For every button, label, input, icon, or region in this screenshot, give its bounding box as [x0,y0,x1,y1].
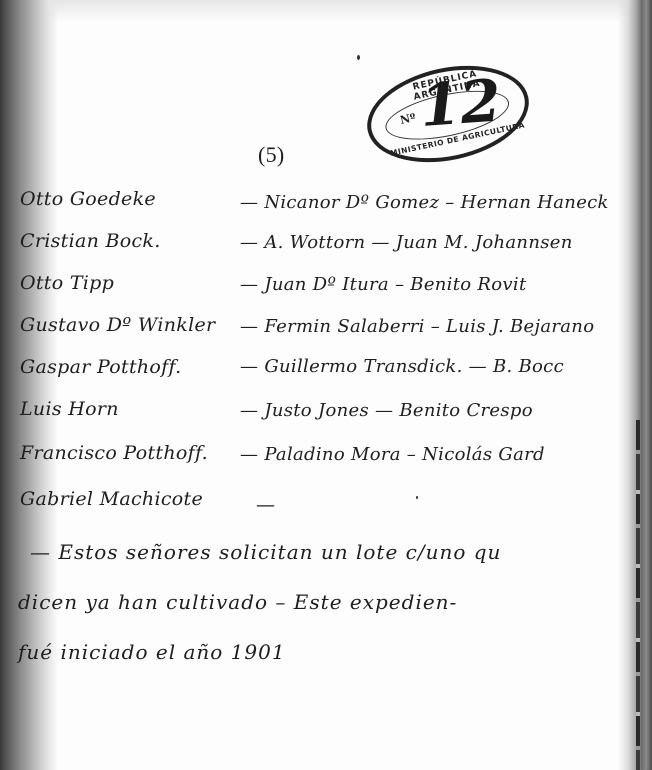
entry-name: Gustavo Dº Winkler [20,314,215,336]
ink-speck [416,496,418,499]
entry-name: Gaspar Potthoff. [20,356,182,378]
entry-name: Otto Goedeke [20,188,156,210]
entry-name: Cristian Bock. [20,230,161,252]
entry-name: Francisco Potthoff. [20,442,208,464]
stamp-number: 12 [418,70,503,135]
entry-name: Gabriel Machicote [20,488,203,510]
entry-witnesses: — Juan Dº Itura – Benito Rovit [240,274,526,295]
entry-witnesses: — Paladino Mora – Nicolás Gard [240,444,545,465]
entry-witnesses: — Fermin Salaberri – Luis J. Bejarano [240,316,594,337]
ink-speck [357,55,360,60]
entry-witnesses: — A. Wottorn — Juan M. Johannsen [240,232,573,253]
entry-name: Luis Horn [20,398,119,420]
entry-name: Otto Tipp [20,272,114,294]
page-number: (5) [258,142,285,168]
page-top-shading [0,0,652,22]
paragraph-line: — Estos señores solicitan un lote c/uno … [30,540,501,564]
entry-witnesses: — Nicanor Dº Gomez – Hernan Haneck [240,192,609,213]
entry-witnesses: — [256,494,275,516]
entry-witnesses: — Justo Jones — Benito Crespo [240,400,533,421]
ministry-stamp: REPÚBLICA ARGENTINA Nº 12 MINISTERIO DE … [358,52,538,176]
worn-right-edge [618,0,652,770]
entry-witnesses: — Guillermo Transdick. — B. Bocc [240,356,564,377]
document-page: REPÚBLICA ARGENTINA Nº 12 MINISTERIO DE … [0,0,652,770]
paragraph-line: fué iniciado el año 1901 [18,640,286,664]
paragraph-line: dicen ya han cultivado – Este expedien- [18,590,457,614]
